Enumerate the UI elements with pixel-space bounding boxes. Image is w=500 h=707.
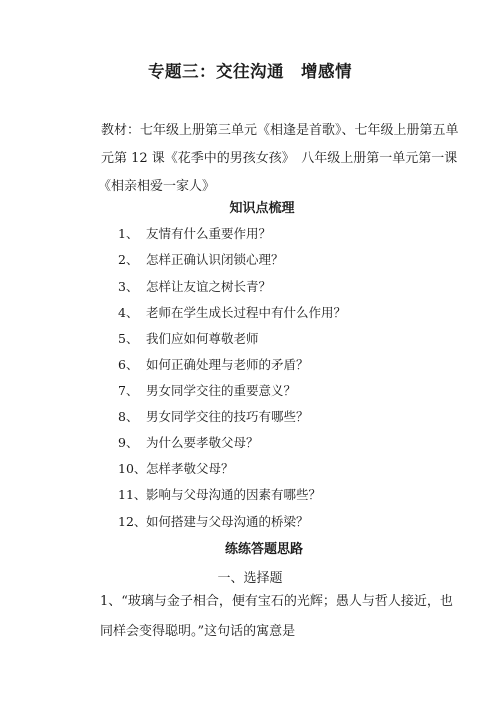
list-item: 6、如何正确处理与老师的矛盾？	[118, 355, 309, 373]
materials-line-1: 教材：七年级上册第三单元《相逢是首歌》、七年级上册第五单	[101, 117, 459, 145]
list-item: 9、为什么要孝敬父母？	[118, 433, 259, 451]
list-item: 1、友情有什么重要作用？	[118, 224, 271, 242]
materials-line-2: 元第 12 课《花季中的男孩女孩》 八年级上册第一单元第一课	[101, 145, 457, 173]
question-1-line-2: 同样会变得聪明。”这句话的寓意是	[100, 620, 295, 639]
list-item: 12、如何搭建与父母沟通的桥梁？	[118, 512, 309, 530]
question-1-line-1: 1、“玻璃与金子相合，便有宝石的光辉；愚人与哲人接近，也	[100, 590, 453, 609]
list-item: 10、怎样孝敬父母？	[118, 459, 234, 477]
list-item: 3、怎样让友谊之树长青？	[118, 277, 271, 295]
list-item: 4、老师在学生成长过程中有什么作用？	[118, 303, 346, 321]
practice-subheading: 一、选择题	[0, 567, 500, 586]
document-title: 专题三：交往沟通 增感情	[0, 58, 500, 82]
practice-heading: 练练答题思路	[14, 538, 500, 557]
list-item: 7、男女同学交往的重要意义？	[118, 381, 296, 399]
list-item: 11、影响与父母沟通的因素有哪些？	[118, 485, 321, 503]
list-item: 5、我们应如何尊敬老师	[118, 329, 259, 347]
knowledge-heading: 知识点梳理	[12, 197, 500, 216]
list-item: 2、怎样正确认识闭锁心理？	[118, 250, 284, 268]
list-item: 8、男女同学交往的技巧有哪些？	[118, 407, 309, 425]
